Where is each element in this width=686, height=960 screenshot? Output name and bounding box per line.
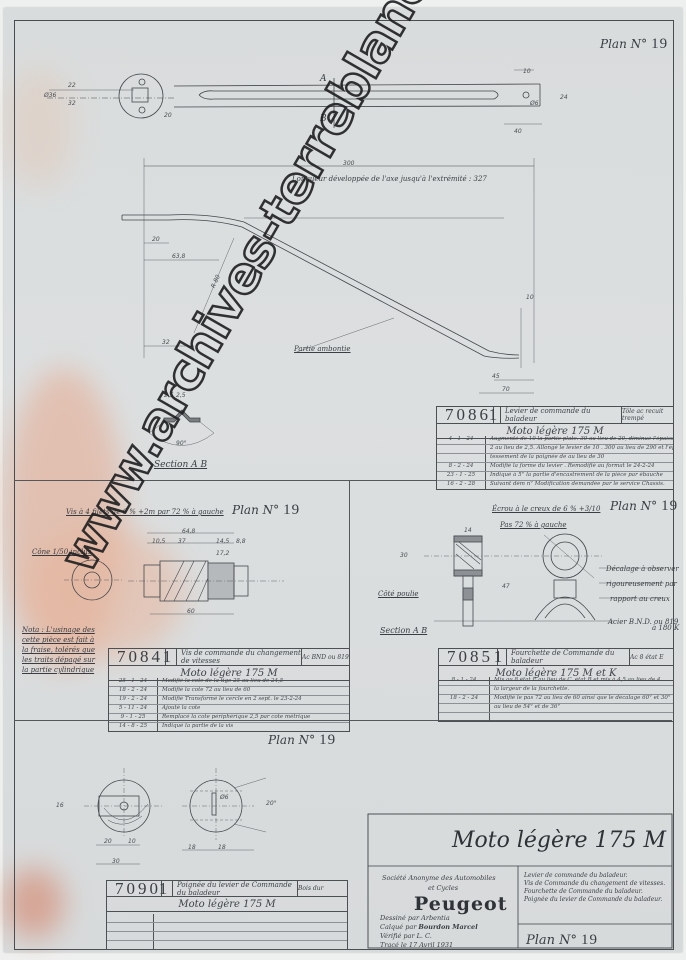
parts-table-7084: 7084 1 Vis de commande du changement de … bbox=[108, 648, 350, 732]
dimension-label: 64,8 bbox=[182, 528, 195, 535]
parts-list-item: Levier de commande du baladeur. bbox=[524, 872, 627, 879]
checked-by: Vérifié par L. C. bbox=[380, 932, 432, 940]
parts-list-item: Vis de Commande du changement de vitesse… bbox=[524, 880, 665, 887]
parts-table-7086: 7086 1 Levier de commande du baladeur Tô… bbox=[436, 406, 674, 490]
table-row: tessement de la poignée de au lieu de 30 bbox=[437, 454, 673, 463]
table-row bbox=[107, 914, 347, 923]
dimension-label: Ø6 bbox=[530, 100, 539, 107]
dimension-label: 14,5 bbox=[216, 538, 229, 545]
dimension-label: Ø36 bbox=[44, 92, 56, 99]
dimension-label: 30 bbox=[400, 552, 408, 559]
table-row bbox=[107, 932, 347, 941]
tempered-part-note: Partie ambontie bbox=[294, 345, 351, 353]
dimension-label: 14 bbox=[464, 527, 472, 534]
drawing-date: Tracé le 17 Avril 1931 bbox=[380, 941, 453, 949]
table-row: 2 au lieu de 2,5. Allongé le levier de 1… bbox=[437, 445, 673, 454]
dimension-label: 30 bbox=[112, 858, 120, 865]
dimension-label: Ø6 bbox=[220, 794, 229, 801]
part-material: Bois dur bbox=[294, 881, 350, 896]
dimension-label: 20 bbox=[104, 838, 112, 845]
part-material: Ac BND ou 819 bbox=[298, 649, 352, 665]
part-description: Vis de commande du changement de vitesse… bbox=[177, 649, 302, 665]
dimension-label: 16 bbox=[56, 802, 64, 809]
quantity: 1 bbox=[154, 881, 173, 896]
dimension-label: 37 bbox=[178, 538, 186, 545]
offset-note-line2: rigoureusement par bbox=[606, 580, 677, 588]
lever-hub-outline bbox=[119, 74, 163, 118]
dimension-label: 18 bbox=[218, 844, 226, 851]
dimension-label: 22 bbox=[68, 82, 76, 89]
table-row: 9 - 1 - 25Remplacé la cote périphérique … bbox=[109, 714, 349, 723]
table-row: 18 - 2 - 24Modifié le pas 72 au lieu de … bbox=[439, 695, 673, 704]
section-ab-label: Section A B bbox=[380, 626, 427, 635]
dimension-label: 20 bbox=[152, 236, 160, 243]
dimension-label: 10 bbox=[523, 68, 531, 75]
revision-rows bbox=[107, 914, 347, 949]
table-row: 8 - 2 - 24Modifié la forme du levier . R… bbox=[437, 463, 673, 472]
table-row: la largeur de la fourchette. bbox=[439, 686, 673, 695]
drawing-sheet: Plan N°19 Plan N°19 Plan N°19 Plan N°19 bbox=[4, 8, 682, 952]
dimension-label: 17,2 bbox=[216, 550, 229, 557]
parts-list-item: Fourchette de Commande du baladeur. bbox=[524, 888, 643, 895]
revision-rows: 4 - 1 - 24Augmenté de 10 la partie plate… bbox=[437, 436, 673, 489]
dimension-label: 40 bbox=[514, 128, 522, 135]
parts-table-7090: 7090 1 Poignée du levier de Commande du … bbox=[106, 880, 348, 950]
dimension-label: 60 bbox=[187, 608, 195, 615]
dimension-label: 18 bbox=[188, 844, 196, 851]
part-description: Poignée du levier de Commande du baladeu… bbox=[173, 881, 298, 896]
traced-by: Calqué par Bourdon Marcel bbox=[380, 923, 478, 931]
part-material: Tôle ac recuit trempé bbox=[618, 407, 676, 423]
dimension-label: 10 bbox=[526, 294, 534, 301]
table-row bbox=[107, 923, 347, 932]
table-row: 18 - 2 - 24Modifié la cote 72 au lieu de… bbox=[109, 687, 349, 696]
pitch-note: Pas 72 % à gauche bbox=[500, 521, 567, 529]
dimension-label: 70 bbox=[502, 386, 510, 393]
offset-note-line1: Décalage à observer bbox=[606, 565, 679, 573]
dimension-label: 10,5 bbox=[152, 538, 165, 545]
dimension-label: 32 bbox=[68, 100, 76, 107]
dimension-label: 47 bbox=[502, 583, 510, 590]
nut-thread-note: Écrou à le creux de 6 % +3/10 bbox=[492, 505, 600, 513]
revision-rows: 25 - 1 - 24Modifié la cote de la tige 25… bbox=[109, 678, 349, 731]
parts-table-7085: 7085 1 Fourchette de Commande du baladeu… bbox=[438, 648, 674, 722]
dimension-label: 8,8 bbox=[236, 538, 246, 545]
machining-remark: Nota : L'usinage des cette pièce est fai… bbox=[22, 625, 97, 675]
parts-list-item: Poignée du levier de Commande du baladeu… bbox=[524, 896, 662, 903]
offset-note-line3: rapport au creux bbox=[610, 595, 670, 603]
part-material: Ac 8 état E bbox=[626, 649, 676, 665]
dimension-label: 24 bbox=[560, 94, 568, 101]
table-row: 4 - 1 - 24Augmenté de 10 la partie plate… bbox=[437, 436, 673, 445]
table-row: 16 - 2 - 28Suivant dém n° Modification d… bbox=[437, 481, 673, 489]
table-row: 25 - 1 - 24Modifié la cote de la tige 25… bbox=[109, 678, 349, 687]
peugeot-brand-logo: Peugeot bbox=[414, 893, 508, 915]
dimension-label: 45 bbox=[492, 373, 500, 380]
dimension-label: 10 bbox=[128, 838, 136, 845]
table-subtitle: Moto légère 175 M bbox=[107, 897, 347, 912]
title-block-plan-number: Plan N°19 bbox=[526, 932, 598, 949]
length-dimension: 300 bbox=[343, 160, 354, 167]
table-row bbox=[439, 713, 673, 721]
dimension-label: 20 bbox=[164, 112, 172, 119]
company-name-line2: et Cycles bbox=[428, 884, 458, 892]
dimension-label: 20° bbox=[266, 800, 277, 807]
table-row: au lieu de 54° et de 36° bbox=[439, 704, 673, 713]
table-row bbox=[107, 941, 347, 949]
table-row: 5 - 11 - 24Ajouté la cote bbox=[109, 705, 349, 714]
company-name: Société Anonyme des Automobiles bbox=[382, 874, 496, 882]
table-row: 19 - 2 - 24Modifié Transformé le cercle … bbox=[109, 696, 349, 705]
quantity: 1 bbox=[158, 649, 177, 665]
pulley-side-note: Côté poulie bbox=[378, 590, 419, 598]
part-description: Levier de commande du baladeur bbox=[501, 407, 622, 423]
part-description: Fourchette de Commande du baladeur bbox=[507, 649, 630, 665]
drawn-by: Dessiné par Arbentia bbox=[380, 914, 450, 922]
dimension-label: 63,8 bbox=[172, 253, 185, 260]
quantity: 1 bbox=[490, 649, 507, 665]
table-row: 14 - 8 - 25Indiqué la partie de la vis bbox=[109, 723, 349, 731]
table-row: 8 - 1 - 24Mis au 8 état E au lieu de C. … bbox=[439, 677, 673, 686]
hardness-note: à 180 K bbox=[652, 624, 679, 632]
quantity: 1 bbox=[486, 407, 501, 423]
title-block-main-title: Moto légère 175 M bbox=[452, 828, 666, 853]
table-row: 23 - 1 - 25Indiqué à 5° la partie d'enca… bbox=[437, 472, 673, 481]
revision-rows: 8 - 1 - 24Mis au 8 état E au lieu de C. … bbox=[439, 677, 673, 721]
